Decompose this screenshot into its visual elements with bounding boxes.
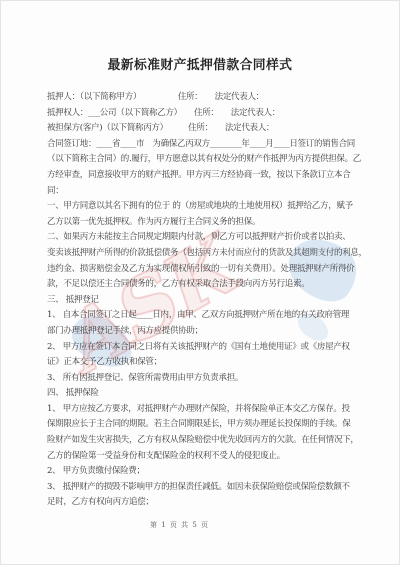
contract-line: 被担保方(客户)（以下简称丙方） 住所： 法定代表人：: [47, 121, 369, 137]
contract-line: 二、如果丙方未能按主合同规定期限内付款，则乙方可以抵押财产折价或者以拍卖、: [47, 230, 369, 246]
contract-line: 三、 抵押登记: [47, 293, 369, 309]
contract-line: 3、 所有因抵押登记、保管所需费用由甲方负责承担。: [47, 371, 369, 387]
contract-page: ASK 最新标准财产抵押借款合同样式 抵押人：（以下简称甲方） 住所： 法定代表…: [0, 0, 400, 565]
contract-line: 2、 甲方负责缴付保险费；: [47, 464, 369, 480]
contract-line: 变卖该抵押财产所得的价款抵偿债务（包括丙方未付而应付的货款及其超期支付的利息，: [47, 246, 369, 262]
contract-line: 险财产如发生灾害损失，乙方有权从保险赔偿中优先收回丙方的欠款。在任何情况下，: [47, 433, 369, 449]
contract-line: 保期限应长于主合同的期限。若主合同期限延长，甲方须办理延长投保期的手续。保: [47, 417, 369, 433]
contract-line: 3、 抵押财产的损毁不影响甲方的担保责任减低。如因未获保险赔偿或保险偿数额不: [47, 480, 369, 496]
contract-line: 部门办理抵押登记手续，丙方应提供协助；: [47, 324, 369, 340]
contract-line: 2、 甲方应在签订本合同之日将有关该抵押财产的《国有土地使用证》或《房屋产权: [47, 340, 369, 356]
contract-line: 足时，乙方有权向丙方追偿；: [47, 495, 369, 511]
contract-line: 1、 自本合同签订之日起____日内，由甲、乙双方向抵押财产所在地的有关政府管理: [47, 308, 369, 324]
contract-line: 违约金、损害赔偿金及乙方为实现债权所引致的一切有关费用）。处理抵押财产所得价: [47, 262, 369, 278]
contract-line: 抵押权人：___公司（以下简称乙方） 住所： 法定代表人：: [47, 106, 369, 122]
contract-line: 一、甲方同意以其名下拥有的位于 的（房屋或地块的土地使用权）抵押给乙方，赋予: [47, 199, 369, 215]
contract-line: 抵押人：（以下简称甲方） 住所： 法定代表人：: [47, 90, 369, 106]
contract-line: 同：: [47, 184, 369, 200]
contract-line: （以下简称主合同）的.履行，甲方愿意以其有权处分的财产作抵押为丙方提供担保。乙: [47, 152, 369, 168]
contract-line: 1、 甲方应按乙方要求，对抵押财产办理财产保险，并将保险单正本交乙方保存。投: [47, 402, 369, 418]
contract-line: 乙方的保险第一受益身份和支配保险金的权利不受人的侵犯废止。: [47, 449, 369, 465]
page-number: 第 1 页 共 5 页: [150, 520, 209, 530]
contract-line: 合同签订地：____省____市 为确保乙丙双方________年____月__…: [47, 137, 369, 153]
page-title: 最新标准财产抵押借款合同样式: [0, 54, 400, 73]
contract-line: 方经审查，同意接收甲方的财产抵押。甲方丙三方经协商一致，按以下条款订立本合: [47, 168, 369, 184]
contract-line: 四、 抵押保险: [47, 386, 369, 402]
contract-body: 抵押人：（以下简称甲方） 住所： 法定代表人：抵押权人：___公司（以下简称乙方…: [47, 90, 369, 511]
contract-line: 证》正本交予乙方收执和保管；: [47, 355, 369, 371]
contract-line: 乙方以第一优先抵押权。作为丙方履行主合同义务的担保。: [47, 215, 369, 231]
contract-line: 款，不足以偿还主合同债务的，乙方有权采取合法手段向丙方另行追索。: [47, 277, 369, 293]
